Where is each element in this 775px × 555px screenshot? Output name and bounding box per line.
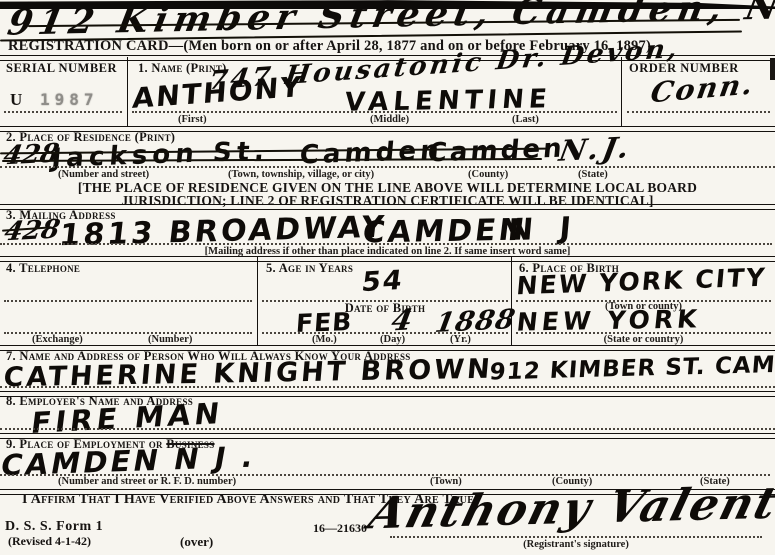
serial-prefix: U	[10, 90, 23, 110]
dotted-rule	[0, 428, 775, 430]
serial-number-stamp: 1987	[40, 90, 99, 109]
column-divider	[257, 257, 258, 345]
first-sublabel: (First)	[178, 114, 207, 125]
age-label: 5. Age in Years	[266, 261, 353, 276]
form-number: D. S. S. Form 1	[5, 519, 103, 535]
state-or-country-sublabel: (State or country)	[516, 334, 771, 345]
number-sublabel: (Number)	[148, 334, 192, 345]
dotted-rule	[132, 111, 617, 113]
dotted-rule	[0, 386, 775, 388]
yr-sublabel: (Yr.)	[450, 334, 471, 345]
dotted-rule	[4, 300, 252, 302]
county-sublabel: (County)	[468, 169, 508, 180]
print-code: 16—21630	[313, 521, 367, 536]
over-note: (over)	[180, 534, 213, 550]
handwritten-residence-county: Camden	[426, 134, 566, 169]
serial-number-label: SERIAL NUMBER	[6, 61, 117, 76]
divider	[0, 256, 775, 262]
dotted-rule	[0, 166, 775, 168]
mo-sublabel: (Mo.)	[312, 334, 337, 345]
signature-sublabel: (Registrant's signature)	[390, 539, 762, 550]
handwritten-first-name: ANTHONY	[131, 70, 304, 115]
dotted-rule	[627, 111, 770, 113]
middle-sublabel: (Middle)	[370, 114, 409, 125]
handwritten-residence-state: N.J.	[557, 130, 636, 168]
town-sublabel: (Town, township, village, or city)	[228, 169, 374, 180]
handwritten-age: 54	[360, 265, 406, 298]
form-revision: (Revised 4-1-42)	[8, 534, 91, 549]
scan-edge-artifact	[770, 58, 775, 80]
handwritten-contact-address: 912 KIMBER ST. CAMDEN	[489, 351, 775, 386]
number-street-sublabel: (Number and street)	[58, 169, 149, 180]
registrant-signature: Anthony Valentine	[364, 476, 775, 540]
dotted-rule	[0, 243, 772, 245]
employment-number-sublabel: (Number and street or R. F. D. number)	[58, 476, 236, 487]
last-sublabel: (Last)	[512, 114, 539, 125]
draft-registration-card: 912 Kimber Street, Camden, N.J. REGISTRA…	[0, 0, 775, 555]
exchange-sublabel: (Exchange)	[32, 334, 83, 345]
day-sublabel: (Day)	[380, 334, 405, 345]
dotted-rule	[4, 111, 122, 113]
state-sublabel: (State)	[578, 169, 608, 180]
telephone-label: 4. Telephone	[6, 261, 80, 276]
column-divider	[127, 57, 128, 126]
